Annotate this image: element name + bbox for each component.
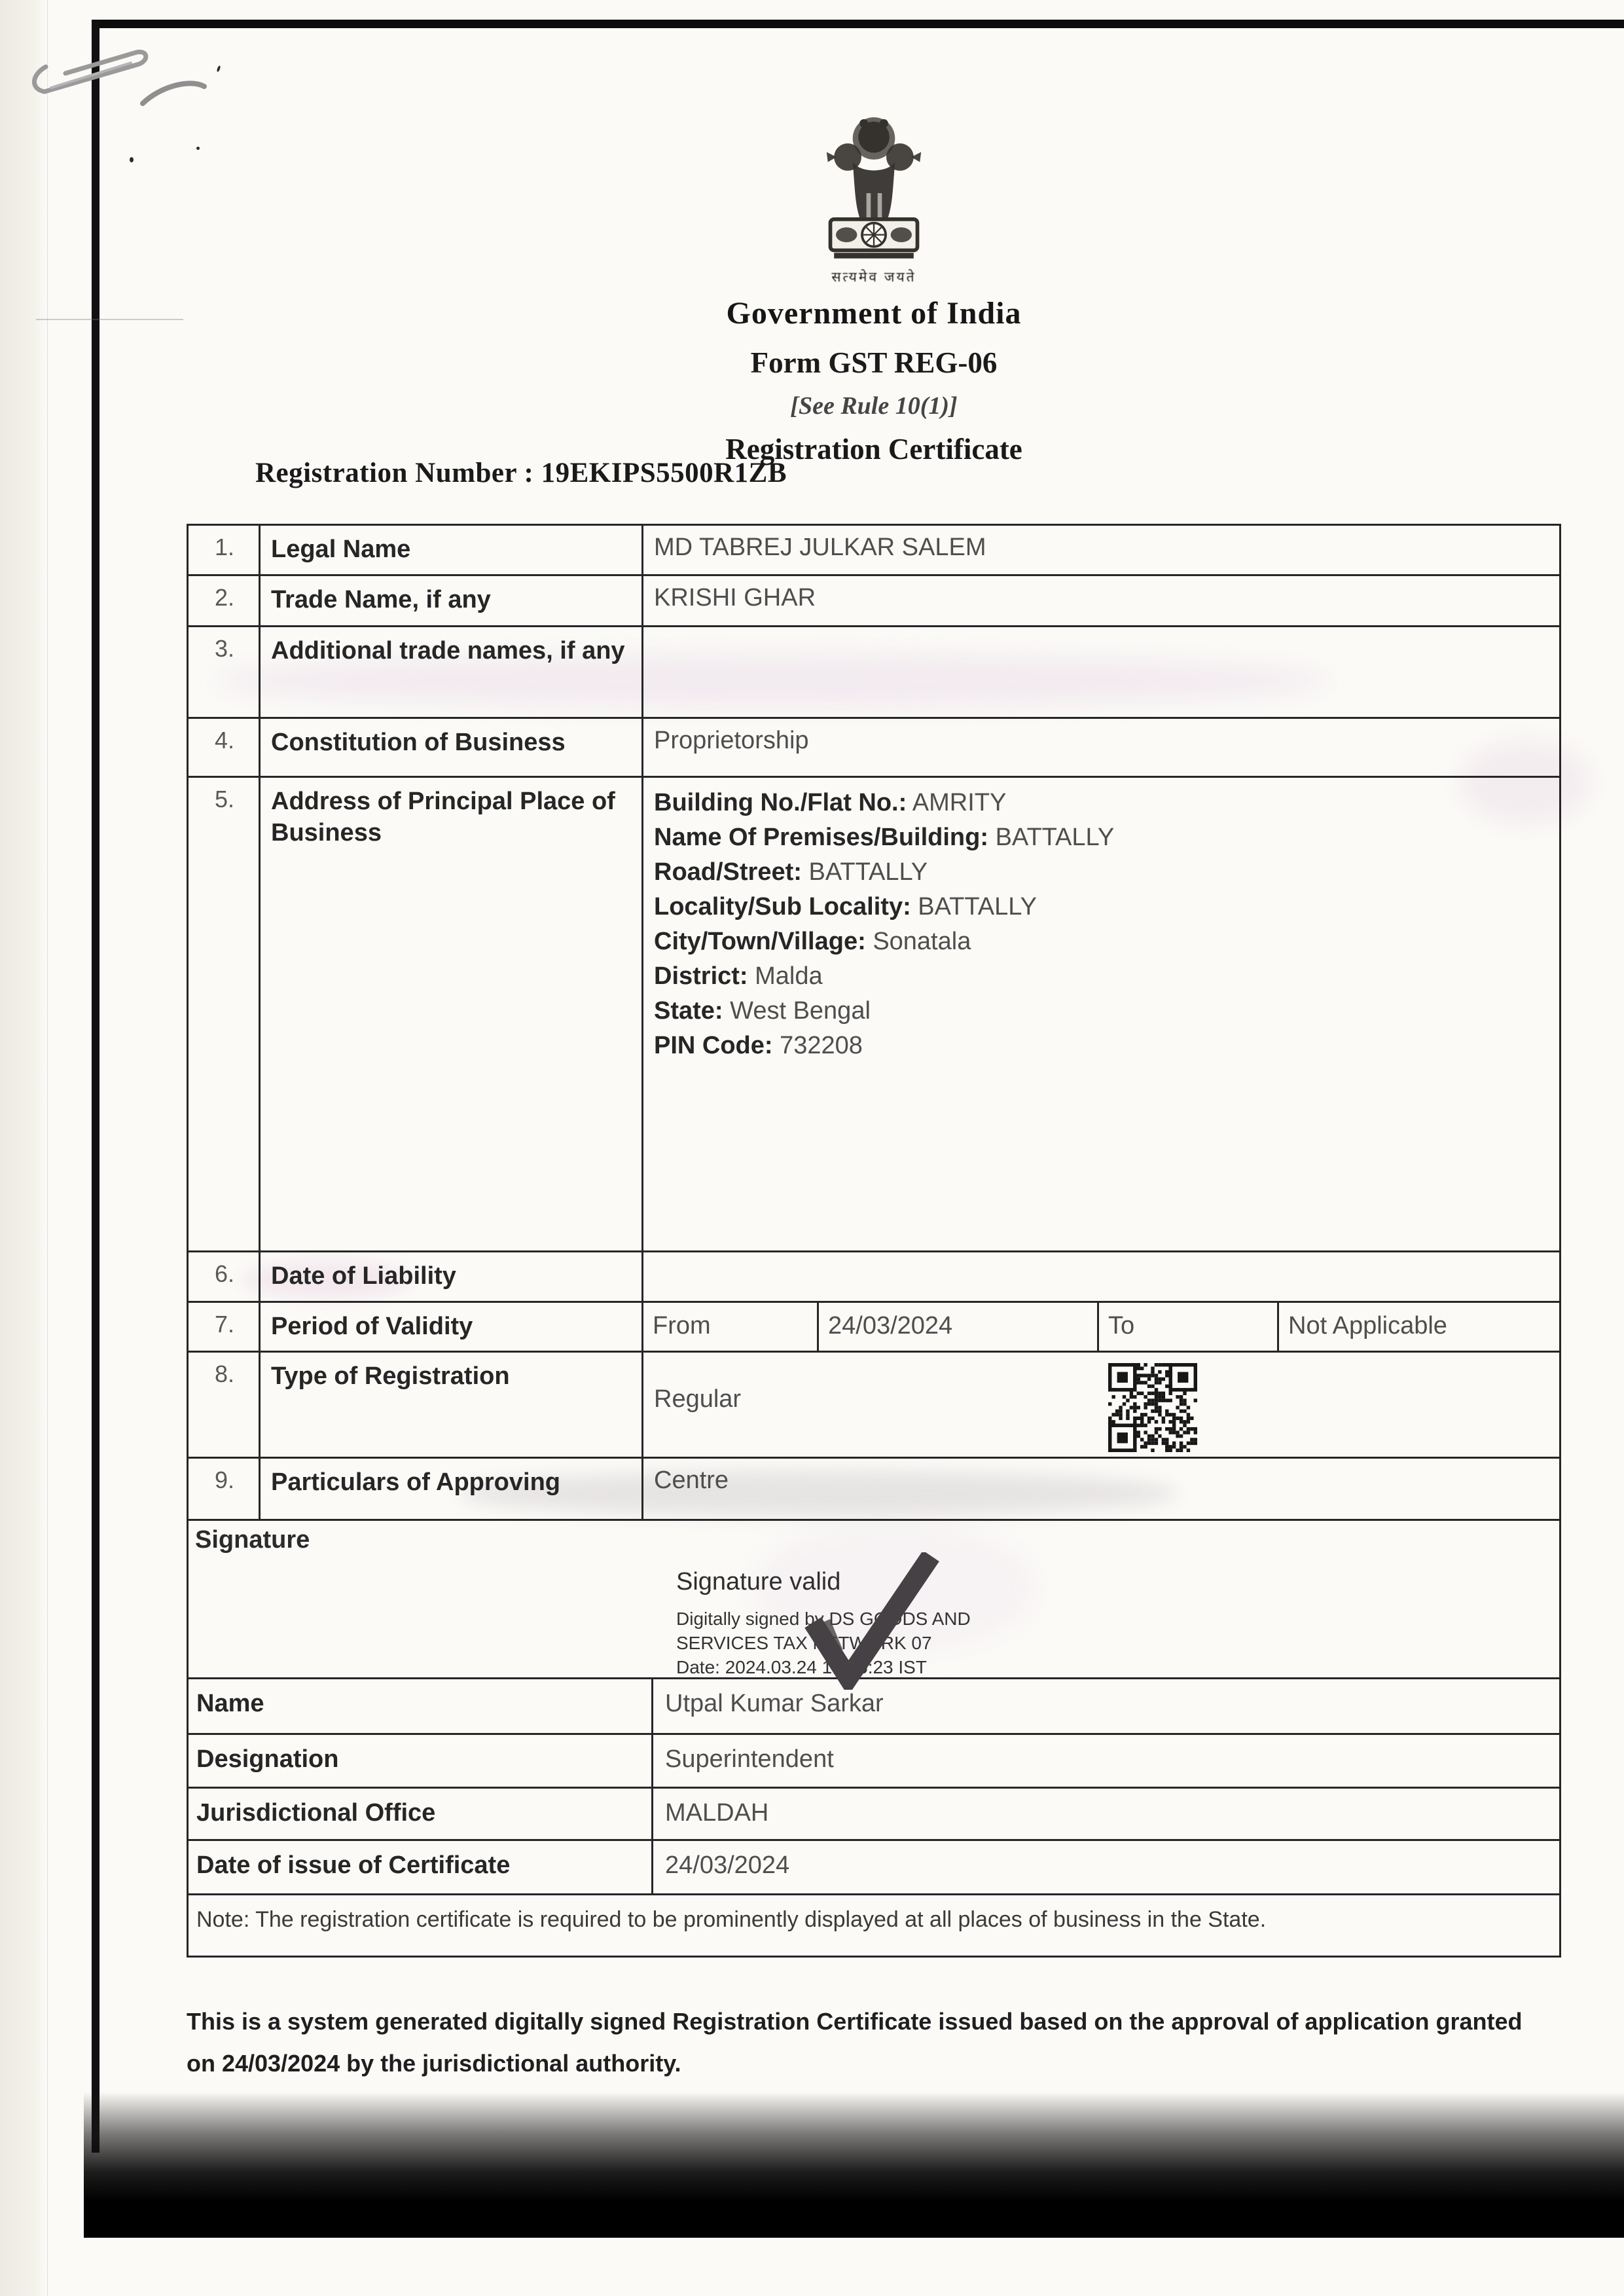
row-label: Particulars of Approving [261, 1459, 643, 1519]
address-line: State: West Bengal [654, 994, 1559, 1029]
row-label: Type of Registration [261, 1353, 643, 1457]
officer-row-value: 24/03/2024 [653, 1841, 1559, 1893]
signature-label: Signature [195, 1526, 310, 1554]
officer-row-label: Designation [189, 1735, 653, 1787]
address-field-value: AMRITY [912, 789, 1007, 816]
officer-row: Jurisdictional Office MALDAH [189, 1787, 1559, 1839]
address-field-value: BATTALLY [808, 858, 928, 886]
table-row-type-of-registration: 8. Type of Registration Regular [189, 1351, 1559, 1457]
address-line: Locality/Sub Locality: BATTALLY [654, 890, 1559, 924]
row-label: Address of Principal Place of Business [261, 778, 643, 1250]
row-value [643, 627, 1559, 717]
table-row: 1. Legal Name MD TABREJ JULKAR SALEM [189, 526, 1559, 574]
officer-row-value: Utpal Kumar Sarkar [653, 1679, 1559, 1733]
row-serial: 5. [189, 778, 261, 1250]
address-field-label: PIN Code: [654, 1032, 773, 1059]
address-line: PIN Code: 732208 [654, 1029, 1559, 1063]
address-line: City/Town/Village: Sonatala [654, 924, 1559, 959]
row-label: Legal Name [261, 526, 643, 574]
document-header: सत्यमेव जयते Government of India Form GS… [187, 98, 1561, 466]
row-serial: 8. [189, 1353, 261, 1457]
scan-frame-bottom [84, 2092, 1624, 2238]
address-field-value: BATTALLY [918, 893, 1037, 920]
row-value [643, 1252, 1559, 1301]
row-value: KRISHI GHAR [643, 576, 1559, 625]
paper-edge [0, 0, 48, 2296]
address-line: District: Malda [654, 959, 1559, 994]
address-field-label: Locality/Sub Locality: [654, 893, 911, 920]
row-serial: 6. [189, 1252, 261, 1301]
row-label: Trade Name, if any [261, 576, 643, 625]
address-field-label: District: [654, 962, 748, 990]
validity-cells: From 24/03/2024 To Not Applicable [643, 1303, 1559, 1351]
government-of-india-title: Government of India [187, 295, 1561, 331]
row-value: Proprietorship [643, 719, 1559, 776]
qr-code [1108, 1363, 1197, 1452]
row-label: Date of Liability [261, 1252, 643, 1301]
signature-row: Signature Signature valid Digitally sign… [189, 1519, 1559, 1677]
registration-number-label: Registration Number : [255, 458, 533, 488]
address-field-label: State: [654, 997, 723, 1025]
address-line: Name Of Premises/Building: BATTALLY [654, 820, 1559, 855]
signature-checkmark-icon [797, 1552, 941, 1690]
address-field-label: City/Town/Village: [654, 928, 866, 955]
row-label: Period of Validity [261, 1303, 643, 1351]
validity-from-label: From [643, 1303, 819, 1351]
table-row: 2. Trade Name, if any KRISHI GHAR [189, 574, 1559, 625]
row-label: Additional trade names, if any [261, 627, 643, 717]
registration-number-line: Registration Number : 19EKIPS5500R1ZB [255, 457, 787, 489]
address-block: Building No./Flat No.: AMRITY Name Of Pr… [643, 778, 1559, 1250]
address-line: Building No./Flat No.: AMRITY [654, 786, 1559, 820]
scan-artifact [130, 157, 134, 162]
row-value: Regular [643, 1353, 1559, 1457]
scan-frame-top [92, 20, 1624, 28]
row-serial: 1. [189, 526, 261, 574]
certificate-table: 1. Legal Name MD TABREJ JULKAR SALEM 2. … [187, 524, 1561, 1958]
address-field-value: 732208 [780, 1032, 863, 1059]
officer-row-label: Name [189, 1679, 653, 1733]
address-line: Road/Street: BATTALLY [654, 855, 1559, 890]
officer-row-label: Jurisdictional Office [189, 1789, 653, 1839]
row-value: Centre [643, 1459, 1559, 1519]
officer-row-value: MALDAH [653, 1789, 1559, 1839]
row-value: MD TABREJ JULKAR SALEM [643, 526, 1559, 574]
note-row: Note: The registration certificate is re… [189, 1893, 1559, 1956]
rule-reference: [See Rule 10(1)] [187, 392, 1561, 420]
row-serial: 7. [189, 1303, 261, 1351]
scan-frame-left [92, 20, 99, 2153]
address-field-value: Sonatala [873, 928, 971, 955]
row-serial: 4. [189, 719, 261, 776]
validity-to-date: Not Applicable [1279, 1303, 1559, 1351]
table-row: 3. Additional trade names, if any [189, 625, 1559, 717]
validity-to-label: To [1099, 1303, 1279, 1351]
validity-from-date: 24/03/2024 [819, 1303, 1099, 1351]
officer-row: Date of issue of Certificate 24/03/2024 [189, 1839, 1559, 1893]
row-serial: 2. [189, 576, 261, 625]
officer-row: Designation Superintendent [189, 1733, 1559, 1787]
table-row: 6. Date of Liability [189, 1250, 1559, 1301]
emblem-motto: सत्यमेव जयते [187, 268, 1561, 286]
address-field-label: Road/Street: [654, 858, 802, 886]
table-row-period-of-validity: 7. Period of Validity From 24/03/2024 To… [189, 1301, 1559, 1351]
address-field-label: Name Of Premises/Building: [654, 824, 988, 851]
address-field-label: Building No./Flat No.: [654, 789, 907, 816]
address-field-value: BATTALLY [996, 824, 1115, 851]
scanned-certificate-page: सत्यमेव जयते Government of India Form GS… [0, 0, 1624, 2296]
officer-row-label: Date of issue of Certificate [189, 1841, 653, 1893]
footer-statement: This is a system generated digitally sig… [187, 2001, 1555, 2085]
form-title: Form GST REG-06 [187, 346, 1561, 380]
registration-number-value: 19EKIPS5500R1ZB [541, 458, 787, 488]
address-field-value: West Bengal [730, 997, 871, 1025]
row-serial: 3. [189, 627, 261, 717]
ashoka-emblem-icon [812, 98, 936, 263]
table-row: 9. Particulars of Approving Centre [189, 1457, 1559, 1519]
address-field-value: Malda [755, 962, 823, 990]
table-row-address: 5. Address of Principal Place of Busines… [189, 776, 1559, 1250]
row-label: Constitution of Business [261, 719, 643, 776]
table-row: 4. Constitution of Business Proprietorsh… [189, 717, 1559, 776]
scan-artifact [36, 319, 183, 320]
row-serial: 9. [189, 1459, 261, 1519]
officer-row-value: Superintendent [653, 1735, 1559, 1787]
